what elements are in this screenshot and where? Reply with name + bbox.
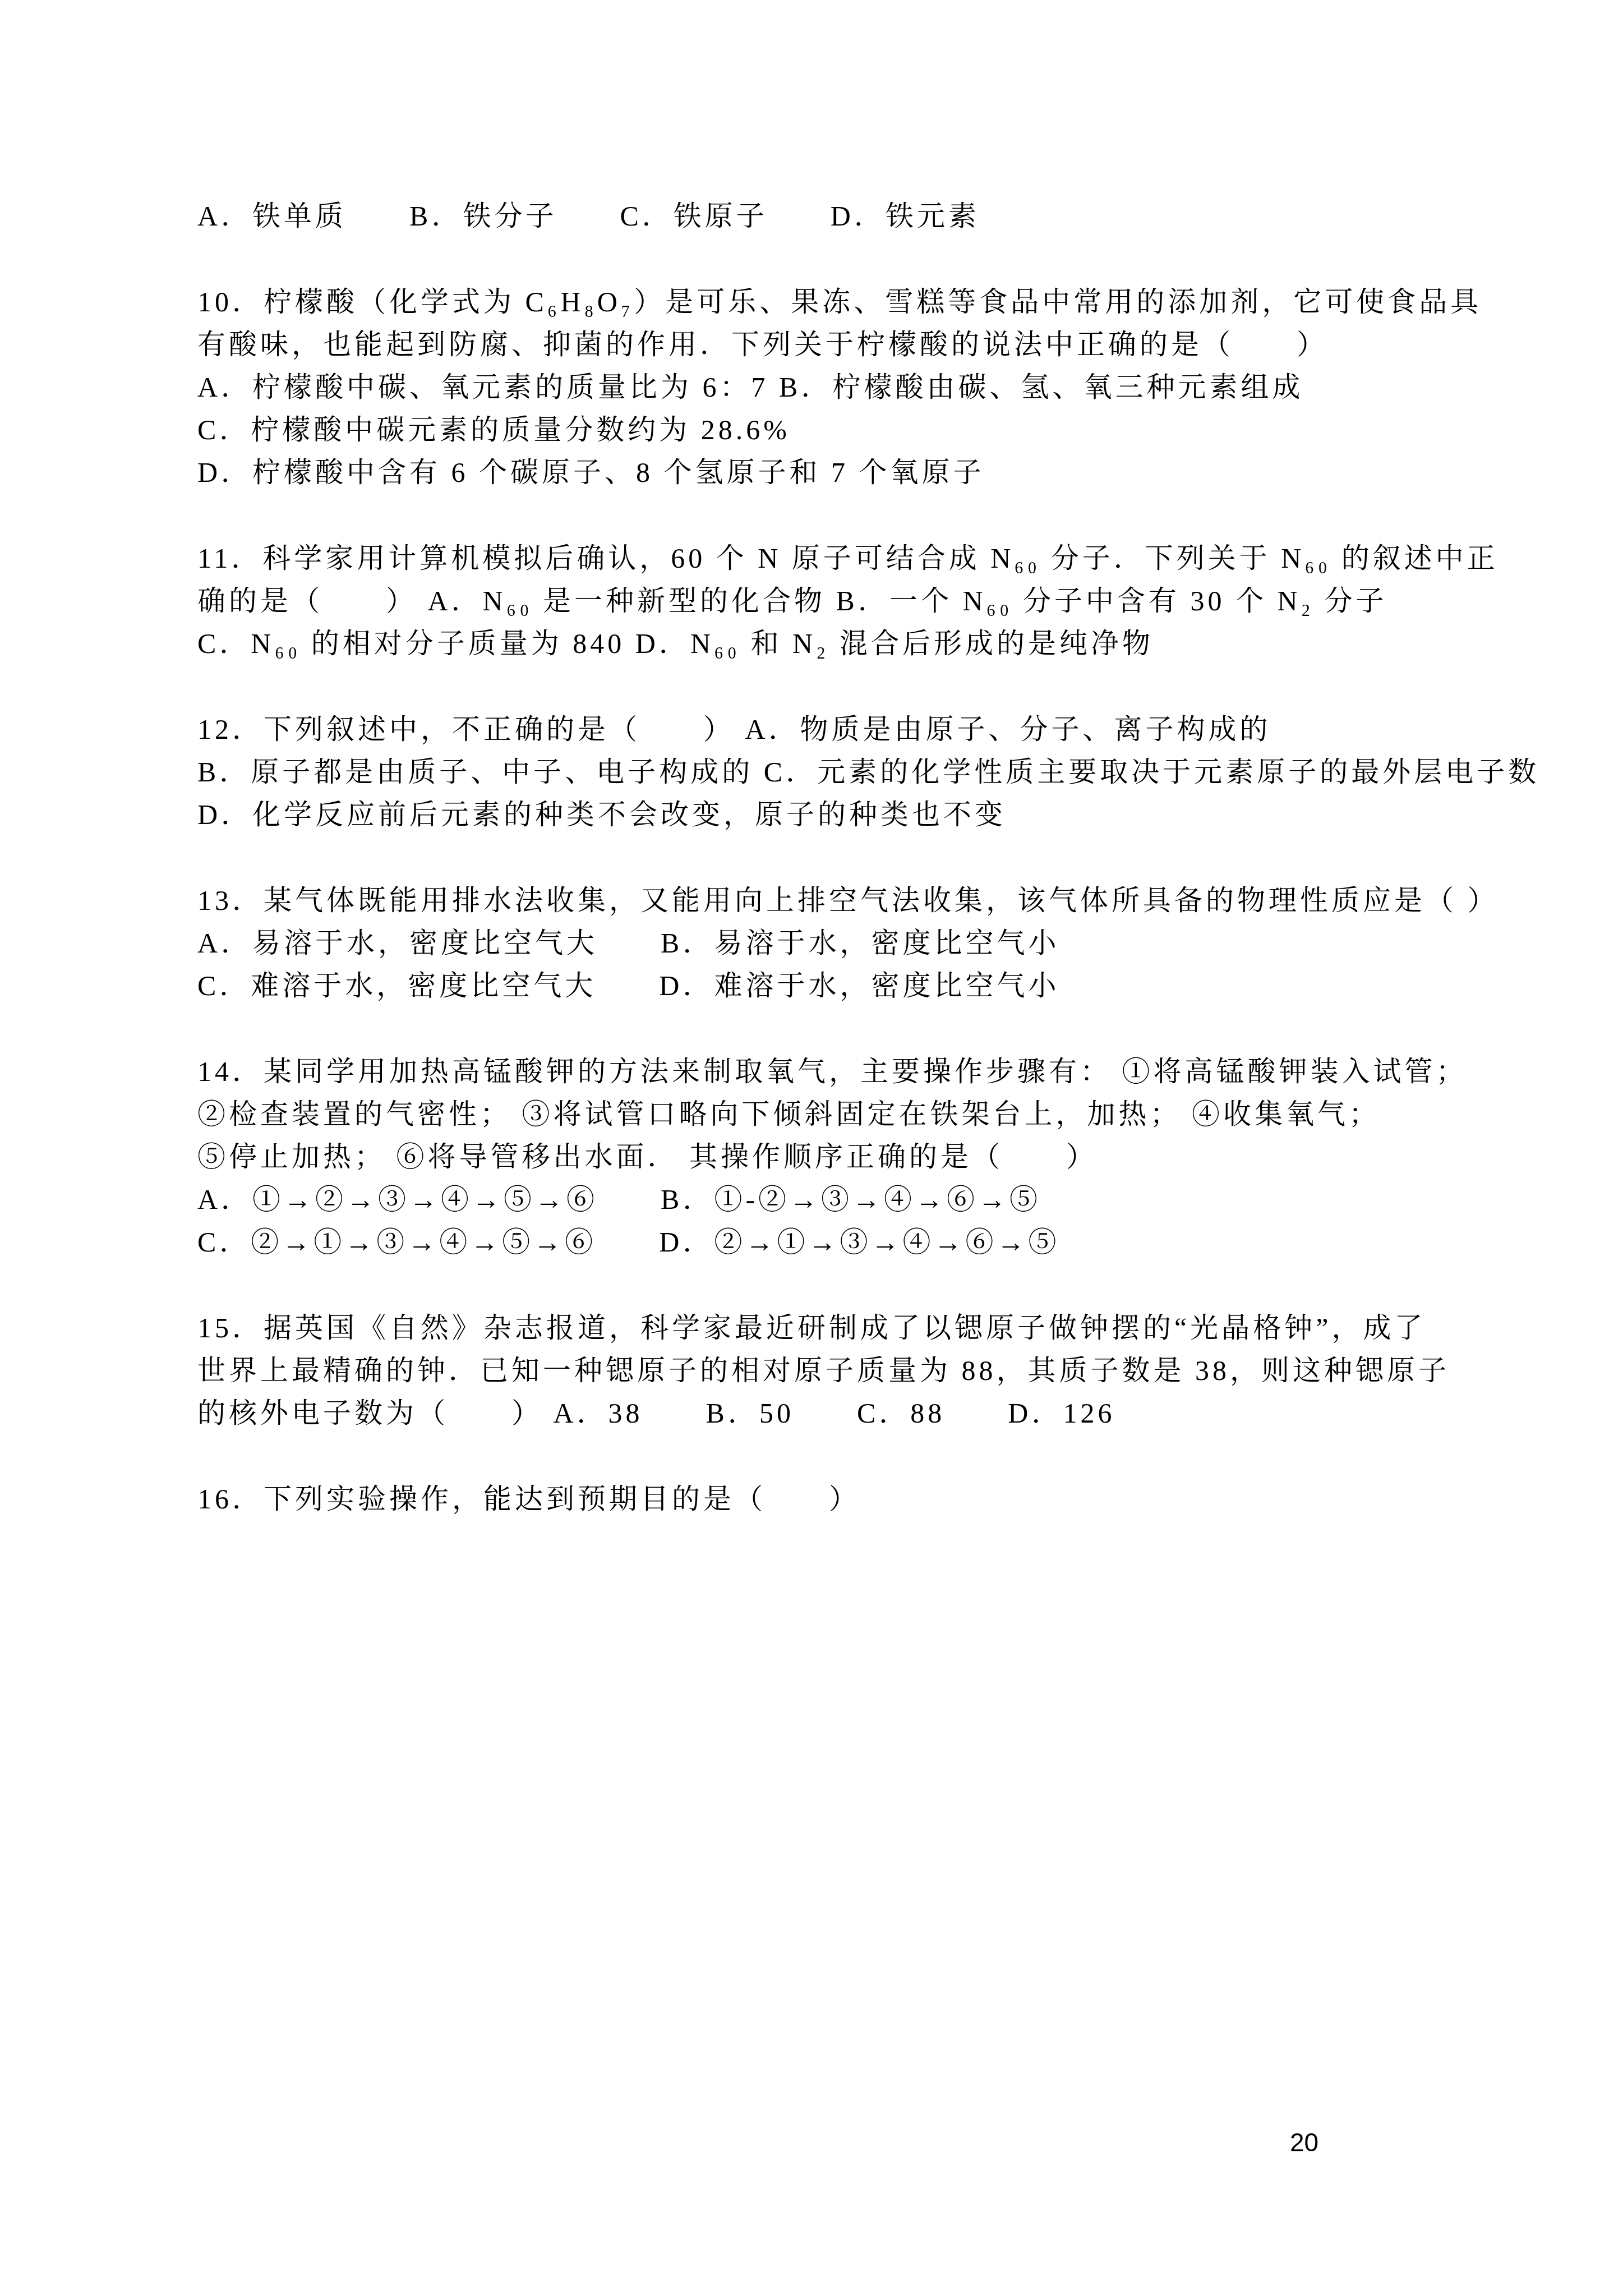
q14-stem-line-2: 其操作顺序正确的是（ ） <box>689 1141 1098 1172</box>
q13-options-cd: C．难溶于水，密度比空气大 D．难溶于水，密度比空气小 <box>197 970 1059 1001</box>
q12-option-d: D．化学反应前后元素的种类不会改变，原子的种类也不变 <box>197 799 1006 830</box>
question-16-block: 16．下列实验操作，能达到预期目的是（ ） <box>197 1478 1566 1520</box>
q13-options-ab: A．易溶于水，密度比空气大 B．易溶于水，密度比空气小 <box>197 927 1059 959</box>
q10-option-d: D．柠檬酸中含有 6 个碳原子、8 个氢原子和 7 个氧原子 <box>197 457 985 488</box>
q14-step-5: ⑤停止加热； <box>197 1141 386 1172</box>
q14-step-2: ②检查装置的气密性； <box>197 1098 511 1130</box>
q12-stem-line-1: 12．下列叙述中，不正确的是（ ） <box>197 714 735 745</box>
q11-stem-line-2: 确的是（ ） <box>197 585 417 616</box>
q14-stem-line-1: 14．某同学用加热高锰酸钾的方法来制取氧气，主要操作步骤有： <box>197 1056 1112 1087</box>
q12-option-a: A．物质是由原子、分子、离子构成的 <box>745 714 1271 745</box>
q10-option-a: A．柠檬酸中碳、氧元素的质量比为 6：7 <box>197 371 769 403</box>
q14-step-3: ③将试管口略向下倾斜固定在铁架台上，加热； <box>522 1098 1182 1130</box>
q10-stem-line-2: 有酸味，也能起到防腐、抑菌的作用．下列关于柠檬酸的说法中正确的是（ ） <box>197 329 1328 360</box>
q15-stem-line-2: 世界上最精确的钟．已知一种锶原子的相对原子质量为 88，其质子数是 38，则这种… <box>197 1355 1450 1386</box>
q11-option-b: B．一个 N₆₀ 分子中含有 30 个 N₂ 分子 <box>836 585 1387 616</box>
question-9-options-block: A．铁单质 B．铁分子 C．铁原子 D．铁元素 <box>197 195 1566 237</box>
question-12-block: 12．下列叙述中，不正确的是（ ） A．物质是由原子、分子、离子构成的 B．原子… <box>197 708 1566 836</box>
q11-option-d: D．N₆₀ 和 N₂ 混合后形成的是纯净物 <box>635 628 1154 659</box>
q16-stem-line-1: 16．下列实验操作，能达到预期目的是（ ） <box>197 1483 860 1515</box>
q14-step-1: ①将高锰酸钾装入试管； <box>1122 1056 1468 1087</box>
question-14-block: 14．某同学用加热高锰酸钾的方法来制取氧气，主要操作步骤有： ①将高锰酸钾装入试… <box>197 1050 1566 1263</box>
q15-options: A．38 B．50 C．88 D．126 <box>554 1397 1115 1429</box>
q14-options-ab: A．①→②→③→④→⑤→⑥ B．①-②→③→④→⑥→⑤ <box>197 1184 1041 1215</box>
q10-stem-line-1: 10．柠檬酸（化学式为 C₆H₈O₇）是可乐、果冻、雪糕等食品中常用的添加剂，它… <box>197 286 1482 318</box>
q14-step-6: ⑥将导管移出水面． <box>396 1141 679 1172</box>
q15-stem-line-1: 15．据英国《自然》杂志报道，科学家最近研制成了以锶原子做钟摆的“光晶格钟”，成… <box>197 1312 1426 1343</box>
q12-option-c: C．元素的化学性质主要取决于元素原子的最外层电子数 <box>764 756 1539 788</box>
q12-option-b: B．原子都是由质子、中子、电子构成的 <box>197 756 753 788</box>
q10-option-b: B．柠檬酸由碳、氢、氧三种元素组成 <box>779 371 1303 403</box>
question-10-block: 10．柠檬酸（化学式为 C₆H₈O₇）是可乐、果冻、雪糕等食品中常用的添加剂，它… <box>197 280 1566 494</box>
q11-stem-line-1: 11．科学家用计算机模拟后确认，60 个 N 原子可结合成 N₆₀ 分子．下列关… <box>197 542 1498 574</box>
question-15-block: 15．据英国《自然》杂志报道，科学家最近研制成了以锶原子做钟摆的“光晶格钟”，成… <box>197 1306 1566 1434</box>
document-page: A．铁单质 B．铁分子 C．铁原子 D．铁元素 10．柠檬酸（化学式为 C₆H₈… <box>0 0 1623 2296</box>
q14-step-4: ④收集氧气； <box>1192 1098 1380 1130</box>
page-number: 20 <box>1290 2127 1318 2157</box>
question-13-block: 13．某气体既能用排水法收集，又能用向上排空气法收集，该气体所具备的物理性质应是… <box>197 879 1566 1007</box>
q13-stem-line-1: 13．某气体既能用排水法收集，又能用向上排空气法收集，该气体所具备的物理性质应是… <box>197 885 1457 916</box>
question-11-block: 11．科学家用计算机模拟后确认，60 个 N 原子可结合成 N₆₀ 分子．下列关… <box>197 537 1566 665</box>
q9-options-line: A．铁单质 B．铁分子 C．铁原子 D．铁元素 <box>197 200 980 232</box>
q14-options-cd: C．②→①→③→④→⑤→⑥ D．②→①→③→④→⑥→⑤ <box>197 1226 1059 1258</box>
q15-stem-line-3: 的核外电子数为（ ） <box>197 1397 543 1429</box>
q10-option-c: C．柠檬酸中碳元素的质量分数约为 28.6% <box>197 414 790 445</box>
exam-question-list: A．铁单质 B．铁分子 C．铁原子 D．铁元素 10．柠檬酸（化学式为 C₆H₈… <box>197 195 1566 1563</box>
q11-option-c: C．N₆₀ 的相对分子质量为 840 <box>197 628 625 659</box>
q11-option-a: A．N₆₀ 是一种新型的化合物 <box>428 585 826 616</box>
q13-stem-line-2: ） <box>1468 885 1499 916</box>
